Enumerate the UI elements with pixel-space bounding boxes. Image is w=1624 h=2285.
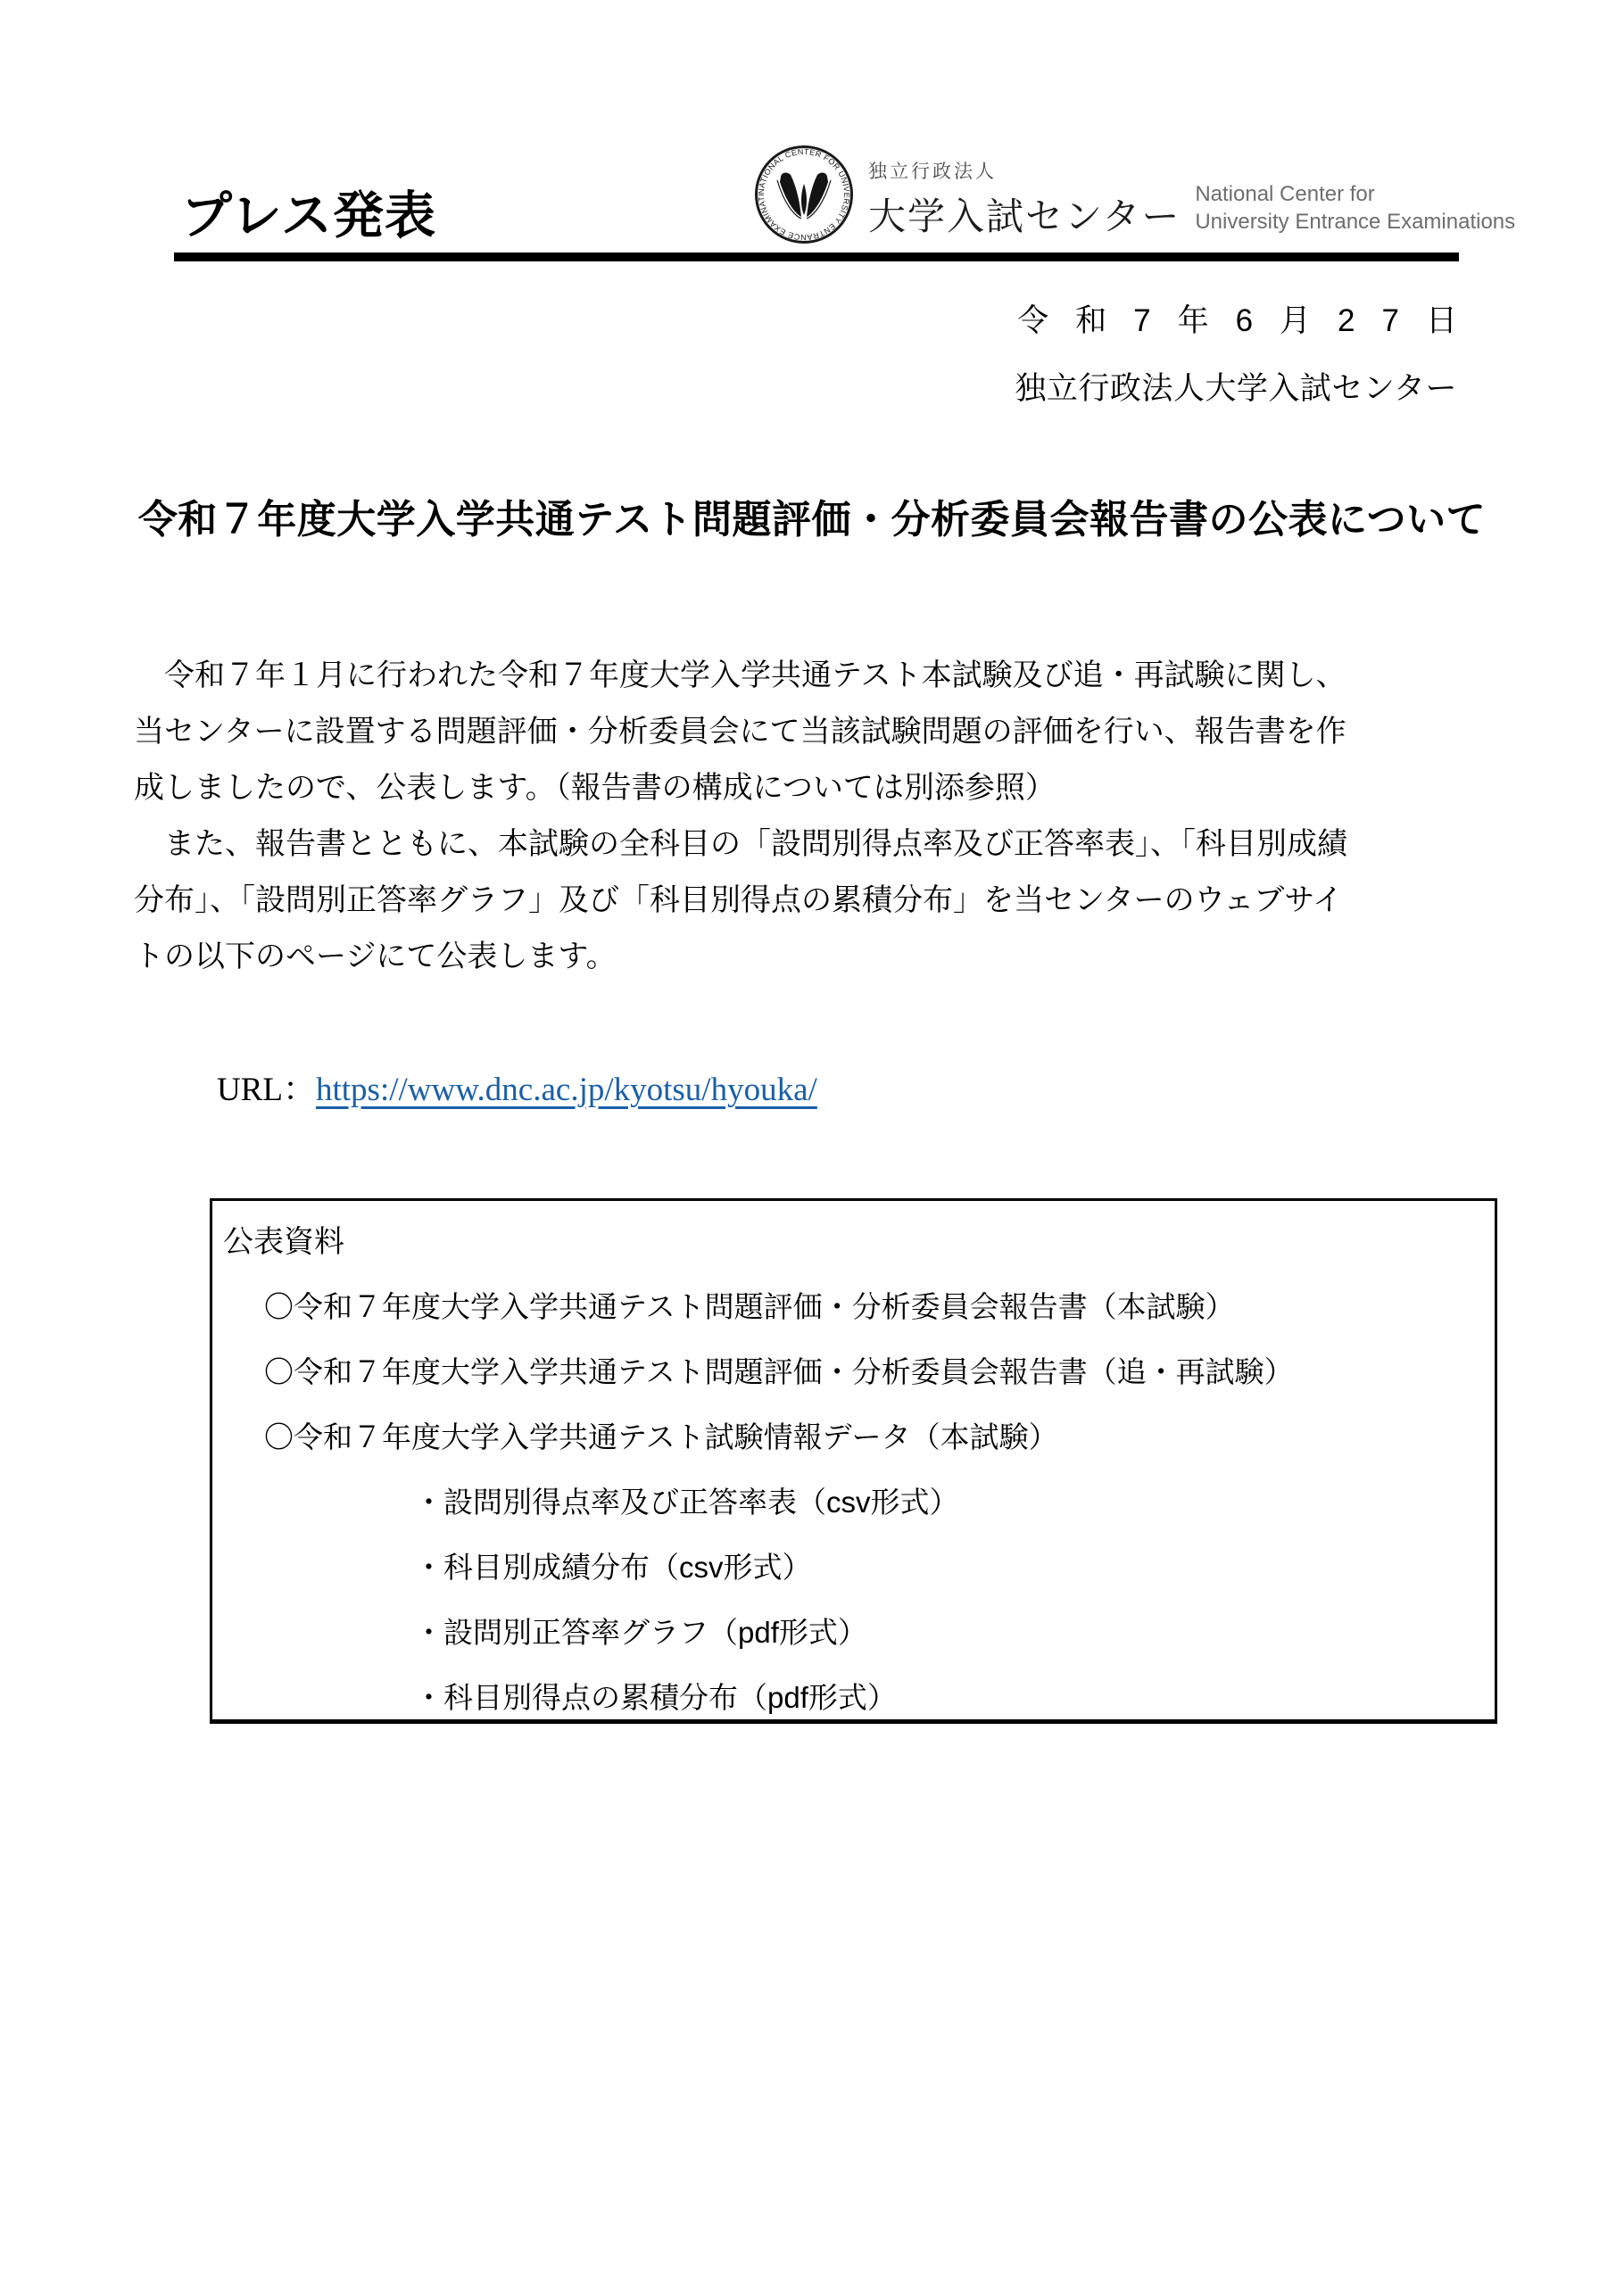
org-name-japanese: 大学入試センター xyxy=(868,187,1181,241)
document-title: 令和７年度大学入学共通テスト問題評価・分析委員会報告書の公表について xyxy=(0,487,1624,544)
logo-english-text: National Center for University Entrance … xyxy=(1195,180,1515,236)
ncuee-logo: NATIONAL CENTER FOR UNIVERSITY ENTRANCE … xyxy=(754,134,1515,244)
org-type-label: 独立行政法人 xyxy=(868,157,1181,184)
list-item: 〇令和７年度大学入学共通テスト試験情報データ（本試験） xyxy=(264,1420,1479,1455)
logo-japanese-text: 独立行政法人 大学入試センター xyxy=(868,157,1181,241)
press-release-page: プレス発表 NATIONAL CENTER FOR UNIVERSITY ENT… xyxy=(0,0,1624,2285)
published-materials-label: 公表資料 xyxy=(223,1224,1479,1260)
hyouka-page-link[interactable]: https://www.dnc.ac.jp/kyotsu/hyouka/ xyxy=(316,1072,817,1108)
list-item: 〇令和７年度大学入学共通テスト問題評価・分析委員会報告書（本試験） xyxy=(264,1289,1479,1325)
org-name-english-line2: University Entrance Examinations xyxy=(1195,208,1515,236)
list-item: 〇令和７年度大学入学共通テスト問題評価・分析委員会報告書（追・再試験） xyxy=(264,1354,1479,1390)
header-divider-rule xyxy=(174,253,1459,261)
paragraph-2: また、報告書とともに、本試験の全科目の「設問別得点率及び正答率表」、「科目別成績… xyxy=(134,816,1483,985)
list-item: ・設問別得点率及び正答率表（csv形式） xyxy=(414,1485,1479,1520)
published-materials-box: 公表資料 〇令和７年度大学入学共通テスト問題評価・分析委員会報告書（本試験） 〇… xyxy=(210,1198,1497,1724)
seal-w-mark xyxy=(780,173,828,217)
list-item: ・科目別得点の累積分布（pdf形式） xyxy=(414,1680,1479,1716)
url-line: URL：https://www.dnc.ac.jp/kyotsu/hyouka/ xyxy=(217,1062,817,1110)
release-date: 令和7年6月27日 xyxy=(1015,296,1484,341)
date-issuer-block: 令和7年6月27日 独立行政法人大学入試センター xyxy=(1015,296,1457,409)
body-text: 令和７年１月に行われた令和７年度大学入学共通テスト本試験及び追・再試験に関し、 … xyxy=(134,648,1483,985)
url-label: URL： xyxy=(217,1072,316,1108)
press-release-heading: プレス発表 xyxy=(181,175,436,248)
ncuee-seal-icon: NATIONAL CENTER FOR UNIVERSITY ENTRANCE … xyxy=(754,145,854,244)
list-item: ・科目別成績分布（csv形式） xyxy=(414,1550,1479,1585)
list-item: ・設問別正答率グラフ（pdf形式） xyxy=(414,1615,1479,1651)
paragraph-1: 令和７年１月に行われた令和７年度大学入学共通テスト本試験及び追・再試験に関し、 … xyxy=(134,648,1483,816)
org-name-english-line1: National Center for xyxy=(1195,180,1515,208)
issuer-name: 独立行政法人大学入試センター xyxy=(1015,364,1457,409)
